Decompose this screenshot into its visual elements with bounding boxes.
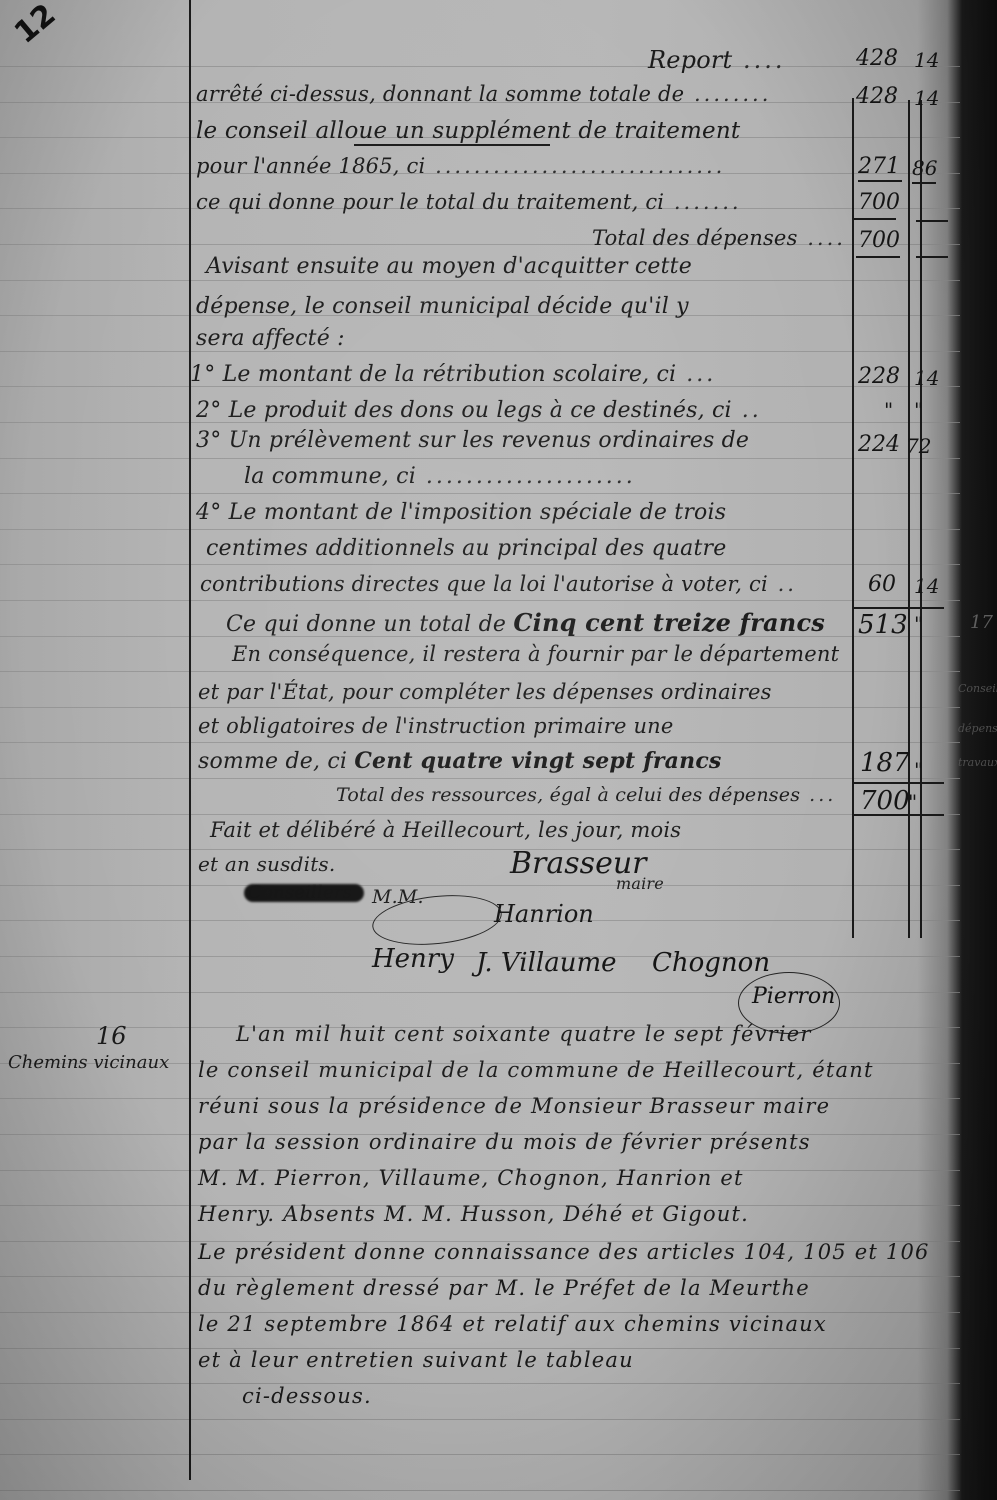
- supplement-underline: [354, 144, 550, 146]
- ruled-line: [0, 600, 960, 601]
- report-cents: 14: [914, 48, 939, 72]
- total-expenses-label: Total des dépenses ....: [592, 226, 846, 250]
- remainder-cents: ": [914, 758, 923, 782]
- line-total-sum-cents: 14: [914, 86, 939, 110]
- closing-line-1: Fait et délibéré à Heillecourt, les jour…: [210, 818, 681, 842]
- ruled-line: [0, 529, 960, 530]
- signature-henry: Henry: [372, 944, 454, 974]
- total-resources-francs: 700: [860, 786, 910, 816]
- resource-2-francs: ": [884, 398, 893, 422]
- ruled-line: [0, 671, 960, 672]
- ruled-line: [0, 742, 960, 743]
- francs-column-left-line: [852, 98, 854, 938]
- line-total-sum-francs: 428: [856, 84, 898, 109]
- ruled-line: [0, 885, 960, 886]
- ruled-line: [0, 1419, 960, 1420]
- line-total-treatment: ce qui donne pour le total du traitement…: [196, 190, 742, 214]
- ruled-line: [0, 493, 960, 494]
- report-francs: 428: [856, 46, 898, 71]
- mayor-title: maire: [616, 874, 664, 893]
- resource-1: 1° Le montant de la rétribution scolaire…: [190, 362, 716, 387]
- rule-total-treatment-cents: [916, 220, 948, 222]
- resource-2: 2° Le produit des dons ou legs à ce dest…: [196, 398, 762, 423]
- consequence-line-2: et par l'État, pour compléter les dépens…: [198, 680, 772, 704]
- total-expenses-francs: 700: [858, 228, 900, 253]
- rule-total-expenses: [856, 256, 900, 258]
- resource-4-cents: 14: [914, 574, 939, 598]
- ruled-line: [0, 280, 960, 281]
- subtotal-cents: ": [914, 612, 923, 636]
- resource-3-francs: 224: [858, 432, 900, 457]
- cents-column-right-line: [920, 100, 922, 938]
- left-margin-line: [189, 0, 191, 1480]
- report-label: Report ....: [648, 46, 786, 74]
- subtotal-line: Ce qui donne un total de Cinq cent treiz…: [226, 608, 825, 637]
- resource-2-cents: ": [914, 398, 923, 422]
- resource-4-line-2: centimes additionnels au principal des q…: [206, 536, 726, 561]
- resource-4-line-3: contributions directes que la loi l'auto…: [200, 572, 797, 596]
- resource-3-cents: 72: [906, 434, 931, 458]
- resource-4-francs: 60: [868, 572, 896, 597]
- line-year-1865-francs: 271: [858, 154, 900, 179]
- right-margin-number: 17: [970, 612, 993, 633]
- entry-16-line: réuni sous la présidence de Monsieur Bra…: [198, 1094, 830, 1118]
- subtotal-francs: 513: [858, 610, 908, 640]
- entry-16-line: et à leur entretien suivant le tableau: [198, 1348, 634, 1372]
- rule-187: [852, 782, 944, 784]
- ruled-line: [0, 351, 960, 352]
- entry-16-number: 16: [96, 1022, 127, 1050]
- resource-4-line-1: 4° Le montant de l'imposition spéciale d…: [196, 500, 726, 525]
- rule-total-treatment: [852, 218, 896, 220]
- ruled-line: [0, 458, 960, 459]
- rule-subtotal: [852, 607, 944, 609]
- resources-para-line-3: sera affecté :: [196, 326, 345, 351]
- closing-line-2: et an susdits.: [198, 852, 335, 876]
- signature-villaume: J. Villaume: [476, 948, 617, 978]
- entry-16-line: Henry. Absents M. M. Husson, Déhé et Gig…: [198, 1202, 749, 1226]
- consequence-line-1: En conséquence, il restera à fournir par…: [232, 642, 839, 666]
- resource-1-cents: 14: [914, 366, 939, 390]
- right-margin-line-2: dépenses: [958, 722, 997, 735]
- right-margin-line-3: travaux: [958, 756, 997, 769]
- line-year-1865: pour l'année 1865, ci ..................…: [196, 154, 725, 178]
- ruled-line: [0, 814, 960, 815]
- ruled-line: [0, 849, 960, 850]
- signature-pierron: Pierron: [752, 984, 835, 1009]
- ruled-line: [0, 1454, 960, 1455]
- signature-chognon: Chognon: [652, 948, 770, 978]
- total-resources-cents: ": [908, 790, 917, 814]
- line-total-sum: arrêté ci-dessus, donnant la somme total…: [196, 82, 771, 106]
- ruled-line: [0, 778, 960, 779]
- total-resources-label: Total des ressources, égal à celui des d…: [336, 784, 836, 806]
- entry-16-line: L'an mil huit cent soixante quatre le se…: [236, 1022, 812, 1046]
- resource-3-line-2: la commune, ci .....................: [244, 464, 636, 489]
- entry-16-line: M. M. Pierron, Villaume, Chognon, Hanrio…: [198, 1166, 744, 1190]
- entry-16-line: du règlement dressé par M. le Préfet de …: [198, 1276, 810, 1300]
- ruled-line: [0, 1383, 960, 1384]
- struck-word: Conseillers: [248, 882, 352, 903]
- resources-para-line-2: dépense, le conseil municipal décide qu'…: [196, 294, 689, 319]
- entry-16-line: le 21 septembre 1864 et relatif aux chem…: [198, 1312, 827, 1336]
- entry-16-line: par la session ordinaire du mois de févr…: [198, 1130, 811, 1154]
- ruled-line: [0, 564, 960, 565]
- line-supplement: le conseil alloue un supplément de trait…: [196, 118, 740, 144]
- remainder-francs: 187: [860, 748, 910, 778]
- right-margin-line-1: Conseil: [958, 682, 997, 695]
- resource-3-line-1: 3° Un prélèvement sur les revenus ordina…: [196, 428, 749, 453]
- entry-16-line: le conseil municipal de la commune de He…: [198, 1058, 874, 1082]
- resource-1-francs: 228: [858, 364, 900, 389]
- ruled-line: [0, 707, 960, 708]
- line-year-1865-cents: 86: [912, 156, 937, 180]
- folio-number: 12: [8, 0, 62, 51]
- ledger-page: 12 Report .... 428 14 arrêté ci-dessus, …: [0, 0, 997, 1500]
- ruled-line: [0, 66, 960, 67]
- underline-271: [858, 180, 902, 182]
- ruled-line: [0, 1490, 960, 1491]
- underline-86: [912, 182, 936, 184]
- entry-16-margin-title: Chemins vicinaux: [8, 1052, 169, 1073]
- entry-16-line: ci-dessous.: [242, 1384, 372, 1408]
- consequence-line-3: et obligatoires de l'instruction primair…: [198, 714, 674, 738]
- resources-para-line-1: Avisant ensuite au moyen d'acquitter cet…: [206, 254, 692, 279]
- line-total-treatment-francs: 700: [858, 190, 900, 215]
- remainder-line: somme de, ci Cent quatre vingt sept fran…: [198, 748, 722, 774]
- signature-hanrion: Hanrion: [494, 900, 594, 928]
- rule-total-expenses-cents: [916, 256, 948, 258]
- entry-16-line: Le président donne connaissance des arti…: [198, 1240, 930, 1264]
